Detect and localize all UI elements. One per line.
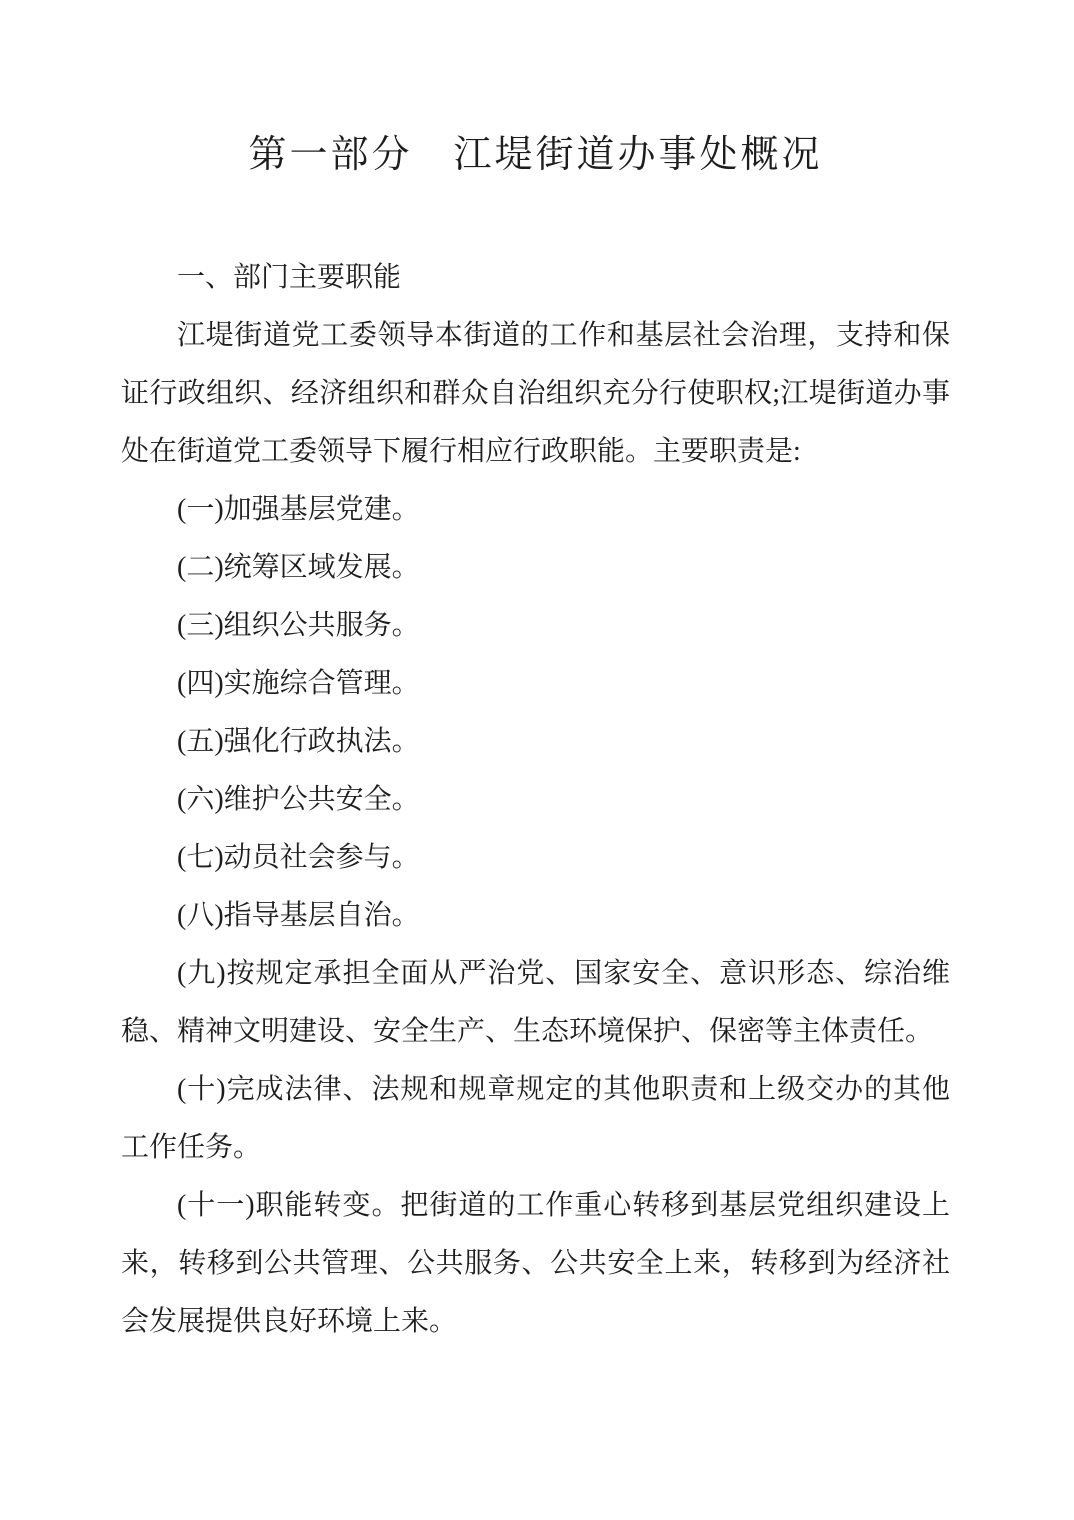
section-heading: 一、部门主要职能 xyxy=(121,249,950,307)
document-page: 第一部分 江堤街道办事处概况 一、部门主要职能 江堤街道党工委领导本街道的工作和… xyxy=(0,0,1074,1520)
duty-item-11: (十一)职能转变。把街道的工作重心转移到基层党组织建设上来，转移到公共管理、公共… xyxy=(121,1177,950,1351)
duty-item-3: (三)组织公共服务。 xyxy=(121,597,950,655)
duty-item-10: (十)完成法律、法规和规章规定的其他职责和上级交办的其他工作任务。 xyxy=(121,1061,950,1177)
duty-item-8: (八)指导基层自治。 xyxy=(121,887,950,945)
duty-item-6: (六)维护公共安全。 xyxy=(121,771,950,829)
document-body: 一、部门主要职能 江堤街道党工委领导本街道的工作和基层社会治理，支持和保证行政组… xyxy=(121,249,950,1351)
document-title: 第一部分 江堤街道办事处概况 xyxy=(121,128,950,183)
paragraph-intro: 江堤街道党工委领导本街道的工作和基层社会治理，支持和保证行政组织、经济组织和群众… xyxy=(121,307,950,481)
duty-item-1: (一)加强基层党建。 xyxy=(121,481,950,539)
duty-item-4: (四)实施综合管理。 xyxy=(121,655,950,713)
duty-item-5: (五)强化行政执法。 xyxy=(121,713,950,771)
duty-item-7: (七)动员社会参与。 xyxy=(121,829,950,887)
duty-item-2: (二)统筹区域发展。 xyxy=(121,539,950,597)
duty-item-9: (九)按规定承担全面从严治党、国家安全、意识形态、综治维稳、精神文明建设、安全生… xyxy=(121,945,950,1061)
